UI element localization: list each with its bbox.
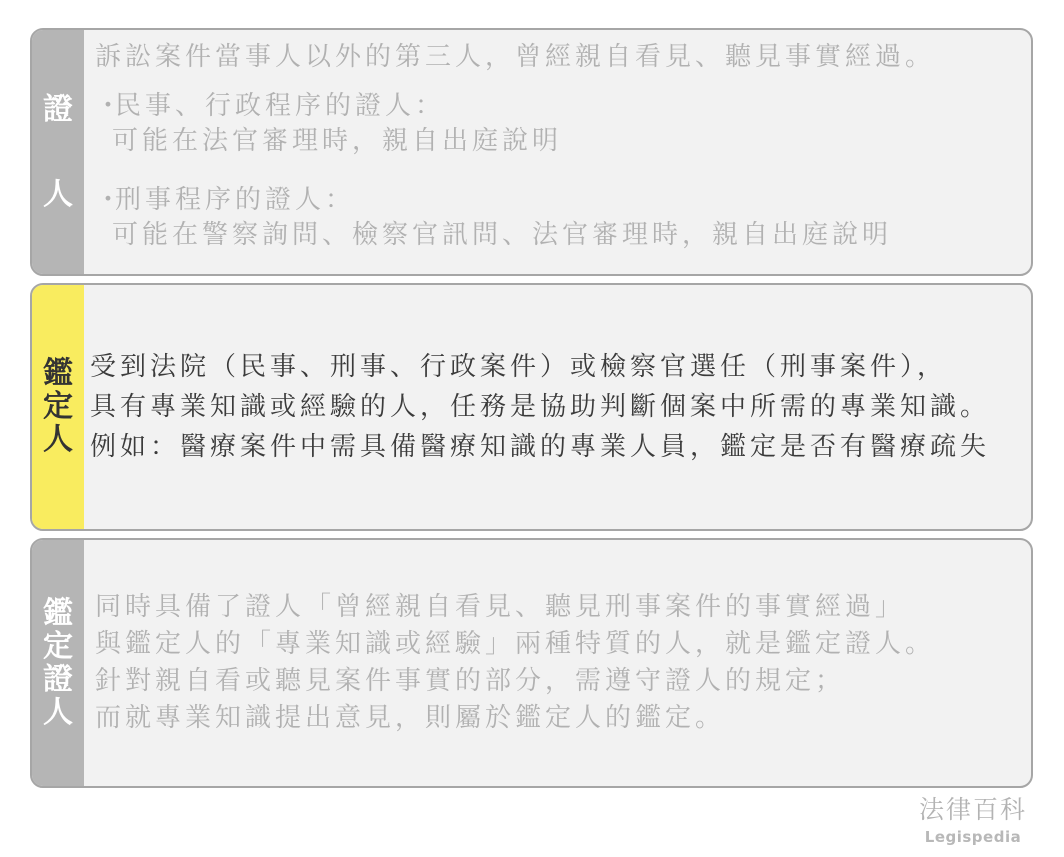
witness-bullet-civil: ・ 民事、行政程序的證人： 可能在法官審理時，親自出庭說明 (95, 89, 1031, 159)
bullet-marker: ・ (95, 183, 115, 218)
section-witness: 證 人 訴訟案件當事人以外的第三人，曾經親自看見、聽見事實經過。 ・ 民事、行政… (30, 28, 1033, 276)
sidebar-label-char: 人 (43, 425, 73, 455)
expert-text-line: 受到法院（民事、刑事、行政案件）或檢察官選任（刑事案件）， (90, 347, 1031, 387)
bullet-marker: ・ (95, 89, 115, 124)
section-witness-content: 訴訟案件當事人以外的第三人，曾經親自看見、聽見事實經過。 ・ 民事、行政程序的證… (84, 30, 1031, 274)
section-expert-content: 受到法院（民事、刑事、行政案件）或檢察官選任（刑事案件）， 具有專業知識或經驗的… (84, 285, 1031, 529)
sidebar-label-char: 鑑 (43, 599, 73, 629)
expert-witness-text-line: 針對親自看或聽見案件事實的部分，需遵守證人的規定； (95, 663, 1031, 700)
sidebar-label-char: 定 (43, 392, 73, 422)
section-expert-witness-content: 同時具備了證人「曾經親自看見、聽見刑事案件的事實經過」 與鑑定人的「專業知識或經… (84, 540, 1031, 786)
sidebar-label-char: 人 (43, 698, 73, 728)
section-expert-sidebar: 鑑 定 人 (32, 285, 84, 529)
logo-chinese-text: 法律百科 (919, 790, 1027, 826)
bullet-title-text: 刑事程序的證人： (115, 183, 355, 218)
witness-intro-text: 訴訟案件當事人以外的第三人，曾經親自看見、聽見事實經過。 (95, 40, 1031, 75)
sidebar-label-char: 證 (43, 665, 73, 695)
expert-witness-text-line: 同時具備了證人「曾經親自看見、聽見刑事案件的事實經過」 (95, 589, 1031, 626)
expert-witness-text-line: 而就專業知識提出意見，則屬於鑑定人的鑑定。 (95, 700, 1031, 737)
bullet-detail-text: 可能在法官審理時，親自出庭說明 (95, 124, 1031, 159)
bullet-title-row: ・ 刑事程序的證人： (95, 183, 1031, 218)
section-expert: 鑑 定 人 受到法院（民事、刑事、行政案件）或檢察官選任（刑事案件）， 具有專業… (30, 283, 1033, 531)
section-expert-witness-sidebar: 鑑 定 證 人 (32, 540, 84, 786)
bullet-title-text: 民事、行政程序的證人： (115, 89, 445, 124)
sidebar-label-char: 鑑 (43, 359, 73, 389)
logo-english-text: Legispedia (919, 828, 1027, 846)
expert-text-line: 例如：醫療案件中需具備醫療知識的專業人員，鑑定是否有醫療疏失 (90, 427, 1031, 467)
section-witness-sidebar: 證 人 (32, 30, 84, 274)
bullet-title-row: ・ 民事、行政程序的證人： (95, 89, 1031, 124)
expert-witness-text-line: 與鑑定人的「專業知識或經驗」兩種特質的人，就是鑑定證人。 (95, 626, 1031, 663)
sidebar-label-char: 定 (43, 632, 73, 662)
witness-bullet-criminal: ・ 刑事程序的證人： 可能在警察詢問、檢察官訊問、法官審理時，親自出庭說明 (95, 183, 1031, 253)
infographic-canvas: 證 人 訴訟案件當事人以外的第三人，曾經親自看見、聽見事實經過。 ・ 民事、行政… (0, 0, 1064, 857)
expert-text-line: 具有專業知識或經驗的人，任務是協助判斷個案中所需的專業知識。 (90, 387, 1031, 427)
sidebar-label-char: 證 (43, 95, 73, 125)
bullet-detail-text: 可能在警察詢問、檢察官訊問、法官審理時，親自出庭說明 (95, 218, 1031, 253)
sidebar-label-char: 人 (43, 180, 73, 210)
legispedia-logo: 法律百科 Legispedia (919, 790, 1027, 846)
section-expert-witness: 鑑 定 證 人 同時具備了證人「曾經親自看見、聽見刑事案件的事實經過」 與鑑定人… (30, 538, 1033, 788)
